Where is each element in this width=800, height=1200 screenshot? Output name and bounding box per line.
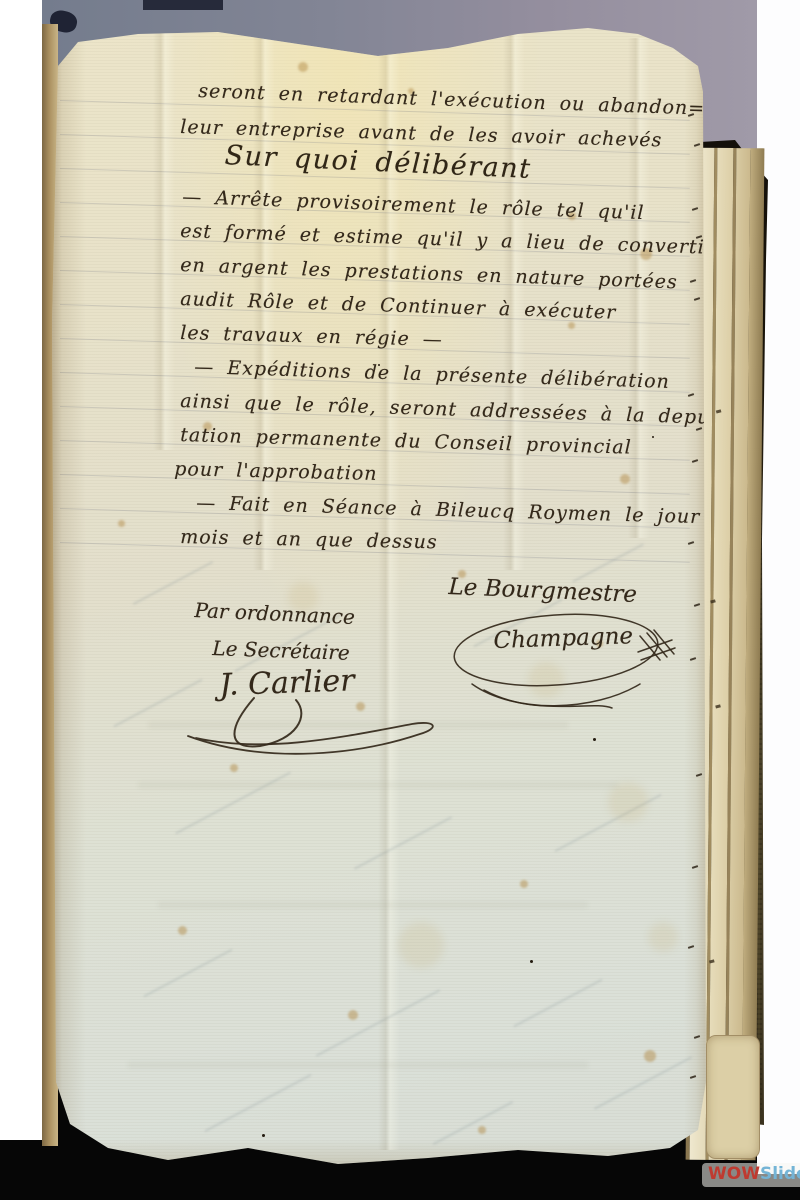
champagne-oval-flourish bbox=[444, 600, 684, 730]
manuscript-page: seront en retardant l'exécution ou aband… bbox=[48, 22, 710, 1174]
carlier-underline-flourish bbox=[168, 678, 468, 768]
signature-title-secretaire: Le Secrétaire bbox=[212, 636, 350, 665]
photo-of-manuscript: seront en retardant l'exécution ou aband… bbox=[0, 0, 800, 1200]
underlying-page-corner bbox=[706, 1035, 760, 1159]
wowslider-watermark[interactable]: WOWSlider bbox=[702, 1163, 800, 1187]
watermark-slider-text: Slider bbox=[760, 1164, 800, 1184]
binding-clamp-shadow bbox=[143, 0, 223, 10]
watermark-wow-text: WOW bbox=[708, 1164, 760, 1184]
photo-frame-left bbox=[0, 0, 42, 1140]
